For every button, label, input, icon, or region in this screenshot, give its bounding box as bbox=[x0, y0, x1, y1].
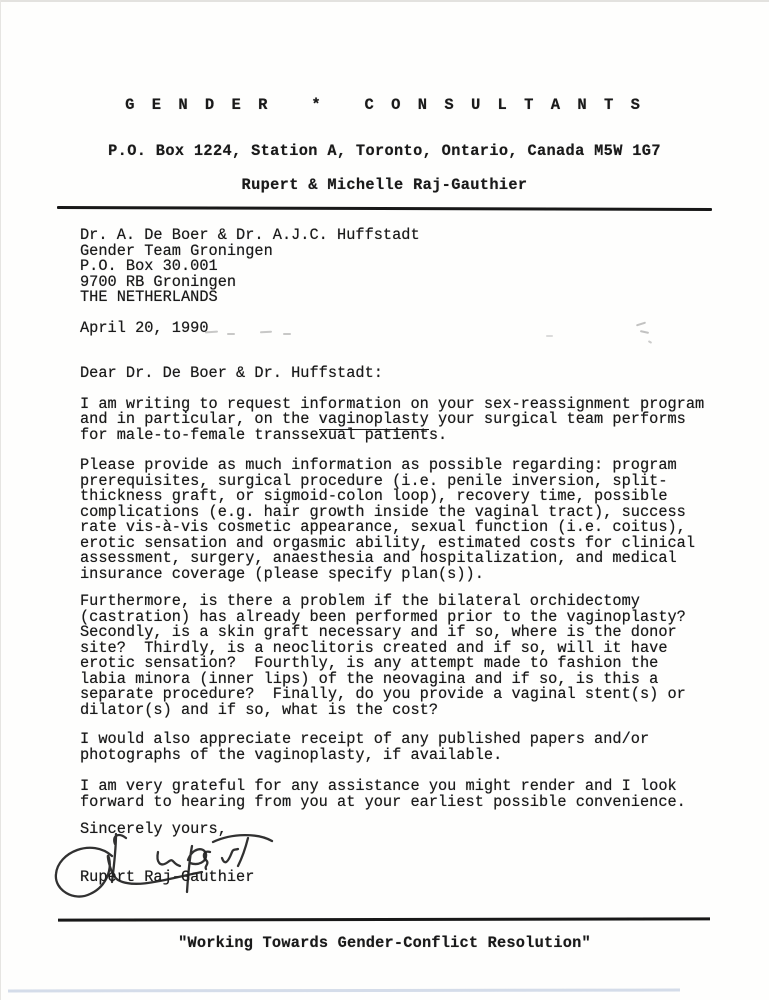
signoff: Sincerely yours, Rupert Raj-Gauthier bbox=[80, 822, 480, 885]
salutation: Dear Dr. De Boer & Dr. Huffstadt: bbox=[80, 366, 720, 382]
paragraph-3: Furthermore, is there a problem if the b… bbox=[80, 594, 720, 718]
scan-edge-artifact-bottom bbox=[8, 989, 680, 993]
closing-line: Sincerely yours, bbox=[80, 822, 480, 838]
paragraph-2: Please provide as much information as po… bbox=[80, 458, 720, 582]
paragraph-1: I am writing to request information on y… bbox=[80, 397, 720, 444]
letterhead-divider bbox=[57, 206, 712, 211]
scan-smudge bbox=[636, 321, 646, 326]
scan-smudge bbox=[205, 330, 218, 333]
footer-quote: "Working Towards Gender-Conflict Resolut… bbox=[0, 934, 769, 952]
scanned-letter-page: G E N D E R * C O N S U L T A N T S P.O.… bbox=[0, 0, 769, 1000]
paragraph-4: I would also appreciate receipt of any p… bbox=[80, 732, 720, 763]
letterhead-address: P.O. Box 1224, Station A, Toronto, Ontar… bbox=[0, 142, 769, 160]
letter-body: Dr. A. De Boer & Dr. A.J.C. Huffstadt Ge… bbox=[0, 228, 769, 885]
scan-edge-artifact-top bbox=[0, 0, 769, 2]
letter-date: April 20, 1990 bbox=[80, 319, 209, 337]
org-name: G E N D E R * C O N S U L T A N T S bbox=[0, 96, 769, 114]
scan-smudge bbox=[260, 330, 272, 333]
scan-smudge bbox=[648, 340, 652, 344]
scan-edge-artifact-left bbox=[0, 0, 1, 1000]
signature-typed-name: Rupert Raj-Gauthier bbox=[80, 870, 480, 886]
date-row: April 20, 1990 bbox=[80, 321, 720, 337]
paragraph-5: I am very grateful for any assistance yo… bbox=[80, 779, 720, 810]
footer-divider bbox=[58, 917, 710, 921]
recipient-address: Dr. A. De Boer & Dr. A.J.C. Huffstadt Ge… bbox=[80, 228, 720, 306]
letterhead-principals: Rupert & Michelle Raj-Gauthier bbox=[0, 176, 769, 194]
scan-smudge bbox=[546, 335, 553, 337]
scan-smudge bbox=[283, 333, 291, 335]
scan-smudge bbox=[227, 333, 235, 335]
letterhead: G E N D E R * C O N S U L T A N T S P.O.… bbox=[0, 0, 769, 210]
scan-smudge bbox=[640, 330, 649, 334]
letter-footer: "Working Towards Gender-Conflict Resolut… bbox=[0, 918, 769, 952]
